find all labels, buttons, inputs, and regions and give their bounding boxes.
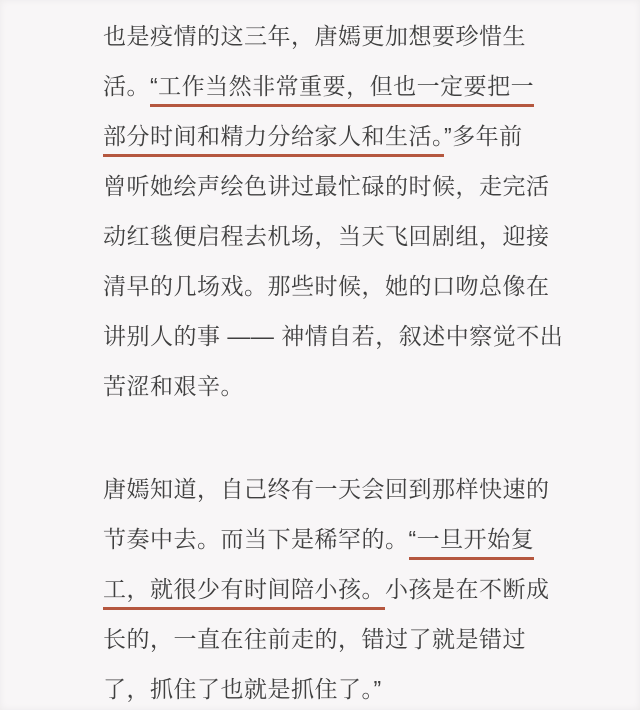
text-run: 活。 — [103, 73, 150, 99]
text-line: 了，抓住了也就是抓住了。” — [103, 664, 542, 710]
text-line: 部分时间和精力分给家人和生活。”多年前 — [103, 111, 542, 161]
text-run: 曾听她绘声绘色讲过最忙碌的时候，走完活 — [103, 173, 550, 199]
text-line: 唐嫣知道，自己终有一天会回到那样快速的 — [103, 464, 542, 514]
text-run: 清早的几场戏。那些时候，她的口吻总像在 — [103, 273, 550, 299]
text-run: 唐嫣知道，自己终有一天会回到那样快速的 — [103, 476, 550, 502]
paragraph: 唐嫣知道，自己终有一天会回到那样快速的节奏中去。而当下是稀罕的。“一旦开始复工，… — [103, 464, 542, 710]
text-line: 工，就很少有时间陪小孩。小孩是在不断成 — [103, 564, 542, 614]
text-run: 也是疫情的这三年，唐嫣更加想要珍惜生 — [103, 23, 526, 49]
text-run: 了，抓住了也就是抓住了。” — [103, 676, 382, 702]
text-line: 也是疫情的这三年，唐嫣更加想要珍惜生 — [103, 11, 542, 61]
article-page: 也是疫情的这三年，唐嫣更加想要珍惜生活。“工作当然非常重要，但也一定要把一部分时… — [0, 0, 640, 710]
text-line: 长的，一直在往前走的，错过了就是错过 — [103, 614, 542, 664]
text-run: 苦涩和艰辛。 — [103, 373, 244, 399]
text-run: ”多年前 — [444, 123, 523, 149]
text-line: 曾听她绘声绘色讲过最忙碌的时候，走完活 — [103, 161, 542, 211]
text-run: 小孩是在不断成 — [385, 576, 550, 602]
text-run: 动红毯便启程去机场，当天飞回剧组，迎接 — [103, 223, 550, 249]
text-line: 节奏中去。而当下是稀罕的。“一旦开始复 — [103, 514, 542, 564]
underlined-quote-text: 工，就很少有时间陪小孩。 — [103, 576, 385, 610]
text-line: 清早的几场戏。那些时候，她的口吻总像在 — [103, 261, 542, 311]
text-run: 讲别人的事 —— 神情自若，叙述中察觉不出 — [103, 323, 563, 349]
text-line: 讲别人的事 —— 神情自若，叙述中察觉不出 — [103, 311, 542, 361]
text-line: 活。“工作当然非常重要，但也一定要把一 — [103, 61, 542, 111]
text-line: 苦涩和艰辛。 — [103, 361, 542, 411]
underlined-quote-text: “一旦开始复 — [409, 526, 535, 560]
text-run: 长的，一直在往前走的，错过了就是错过 — [103, 626, 526, 652]
text-line: 动红毯便启程去机场，当天飞回剧组，迎接 — [103, 211, 542, 261]
article-text: 也是疫情的这三年，唐嫣更加想要珍惜生活。“工作当然非常重要，但也一定要把一部分时… — [103, 11, 542, 710]
underlined-quote-text: “工作当然非常重要，但也一定要把一 — [150, 73, 534, 107]
paragraph: 也是疫情的这三年，唐嫣更加想要珍惜生活。“工作当然非常重要，但也一定要把一部分时… — [103, 11, 542, 411]
text-run: 节奏中去。而当下是稀罕的。 — [103, 526, 409, 552]
underlined-quote-text: 部分时间和精力分给家人和生活。 — [103, 123, 444, 157]
